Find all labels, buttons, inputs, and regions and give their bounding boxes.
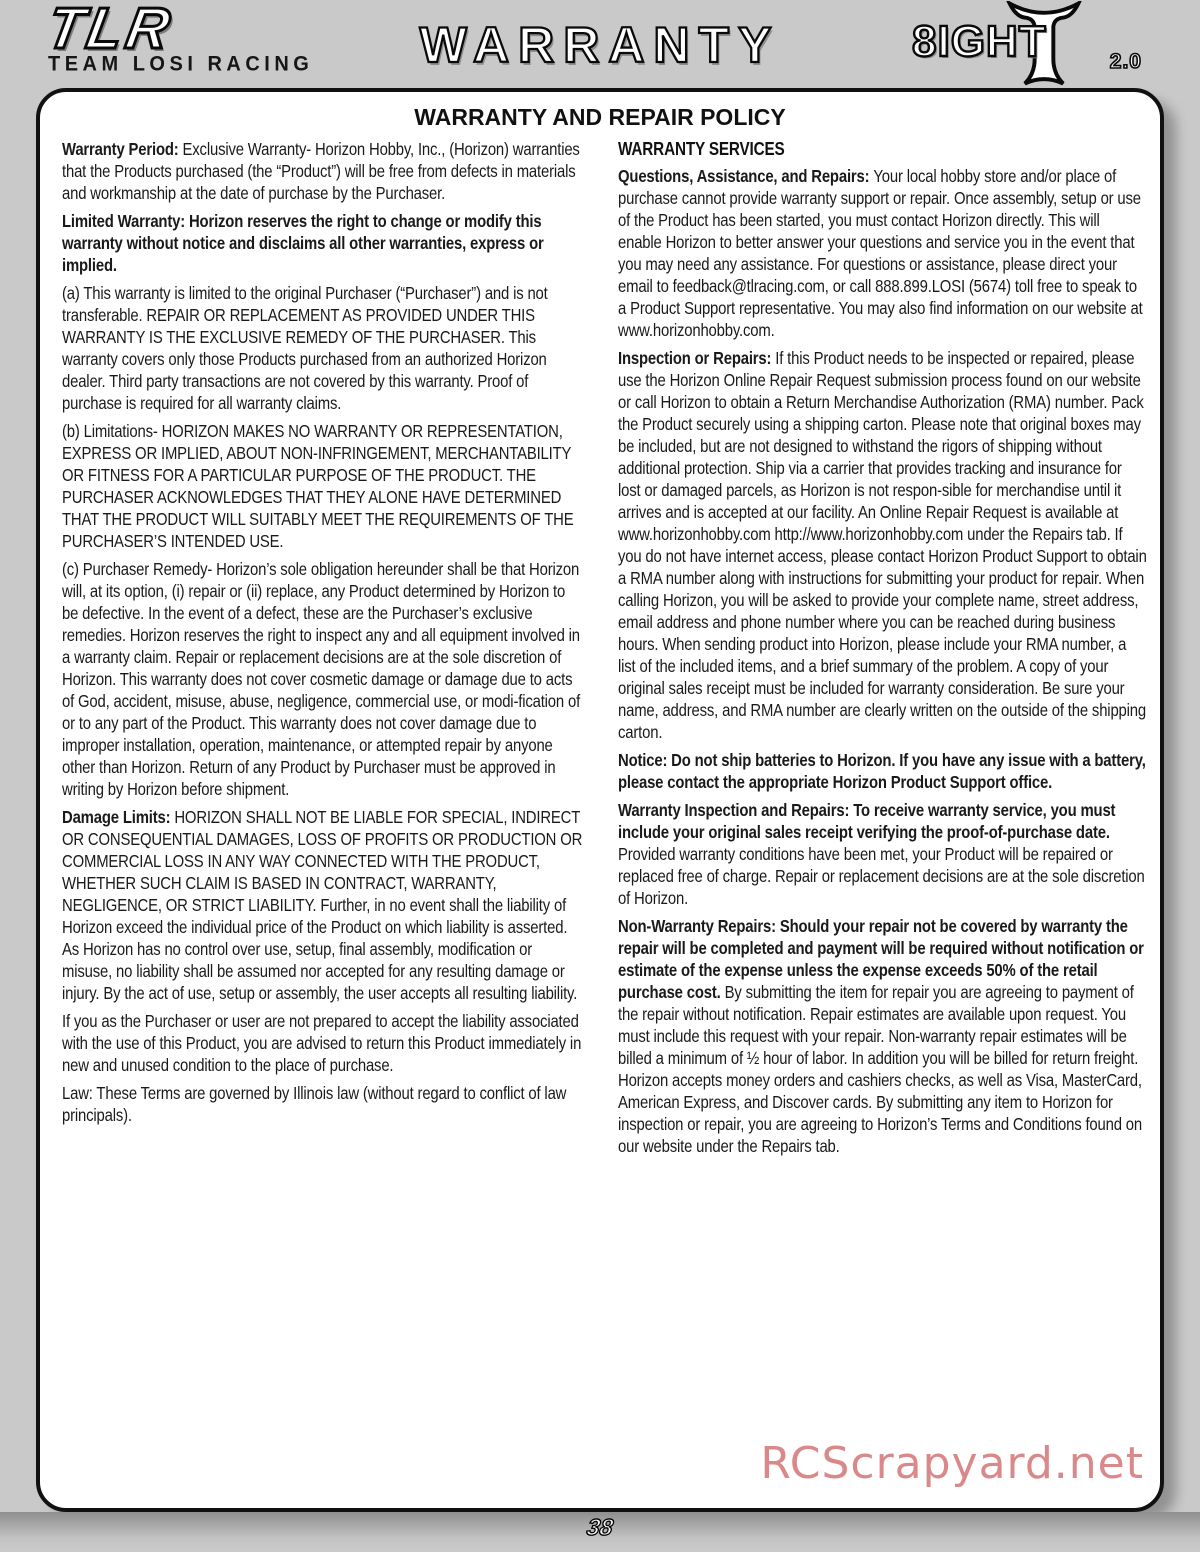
paragraph-text: (b) Limitations- HORIZON MAKES NO WARRAN… [62,421,574,551]
paragraph-clause-a: (a) This warranty is limited to the orig… [62,282,584,414]
watermark: RCScrapyard.net [760,1438,1144,1489]
paragraph-text: By submitting the item for repair you ar… [618,982,1142,1156]
footer-bar: 38 [0,1512,1200,1552]
paragraph-lead: Warranty Inspection and Repairs: To rece… [618,800,1115,842]
page-header-title: WARRANTY [420,20,781,70]
paragraph-limited-warranty: Limited Warranty: Horizon reserves the r… [62,210,584,276]
eight-t-logo-text: 8IGHT [912,20,1047,64]
paragraph-lead: Damage Limits: [62,807,174,827]
paragraph-warranty-inspection: Warranty Inspection and Repairs: To rece… [618,799,1147,909]
eight-t-version: 2.0 [1110,50,1142,74]
paragraph-inspection-repairs: Inspection or Repairs: If this Product n… [618,347,1147,743]
paragraph-battery-notice: Notice: Do not ship batteries to Horizon… [618,749,1147,793]
paragraph-damage-limits: Damage Limits: HORIZON SHALL NOT BE LIAB… [62,806,584,1004]
paragraph-clause-c: (c) Purchaser Remedy- Horizon’s sole obl… [62,558,584,800]
manual-page: TLR TEAM LOSI RACING WARRANTY 8IGHT 2.0 … [0,0,1200,1552]
paragraph-questions-assistance: Questions, Assistance, and Repairs: Your… [618,165,1147,341]
right-column: WARRANTY SERVICES Questions, Assistance,… [618,138,1147,1163]
paragraph-text: (c) Purchaser Remedy- Horizon’s sole obl… [62,559,580,799]
paragraph-lead: Limited Warranty: Horizon reserves the r… [62,211,544,275]
paragraph-text: If this Product needs to be inspected or… [618,348,1147,742]
tlr-logo: TLR TEAM LOSI RACING [48,0,313,75]
paragraph-warranty-period: Warranty Period: Exclusive Warranty- Hor… [62,138,584,204]
page-number: 38 [0,1514,1200,1541]
eight-t-logo: 8IGHT 2.0 [912,4,1164,84]
paragraph-text: (a) This warranty is limited to the orig… [62,283,548,413]
paragraph-lead: Inspection or Repairs: [618,348,775,368]
paragraph-text: Law: These Terms are governed by Illinoi… [62,1083,566,1125]
paragraph-lead: Warranty Period: [62,139,183,159]
tlr-logo-text: TLR [43,0,178,58]
paragraph-text: Provided warranty conditions have been m… [618,844,1145,908]
header-bar: TLR TEAM LOSI RACING WARRANTY 8IGHT 2.0 [0,0,1200,88]
warranty-services-heading: WARRANTY SERVICES [618,138,1147,160]
tlr-logo-subtext: TEAM LOSI RACING [48,52,313,77]
paragraph-law: Law: These Terms are governed by Illinoi… [62,1082,584,1126]
paragraph-clause-b: (b) Limitations- HORIZON MAKES NO WARRAN… [62,420,584,552]
paragraph-text: HORIZON SHALL NOT BE LIABLE FOR SPECIAL,… [62,807,582,1003]
paragraph-text: Your local hobby store and/or place of p… [618,166,1143,340]
paragraph-lead: Notice: Do not ship batteries to Horizon… [618,750,1146,792]
paragraph-liability: If you as the Purchaser or user are not … [62,1010,584,1076]
left-column: Warranty Period: Exclusive Warranty- Hor… [62,138,584,1132]
content-panel: WARRANTY AND REPAIR POLICY Warranty Peri… [36,88,1164,1512]
paragraph-non-warranty-repairs: Non-Warranty Repairs: Should your repair… [618,915,1147,1157]
page-title: WARRANTY AND REPAIR POLICY [40,104,1160,131]
paragraph-lead: Questions, Assistance, and Repairs: [618,166,873,186]
paragraph-text: If you as the Purchaser or user are not … [62,1011,581,1075]
